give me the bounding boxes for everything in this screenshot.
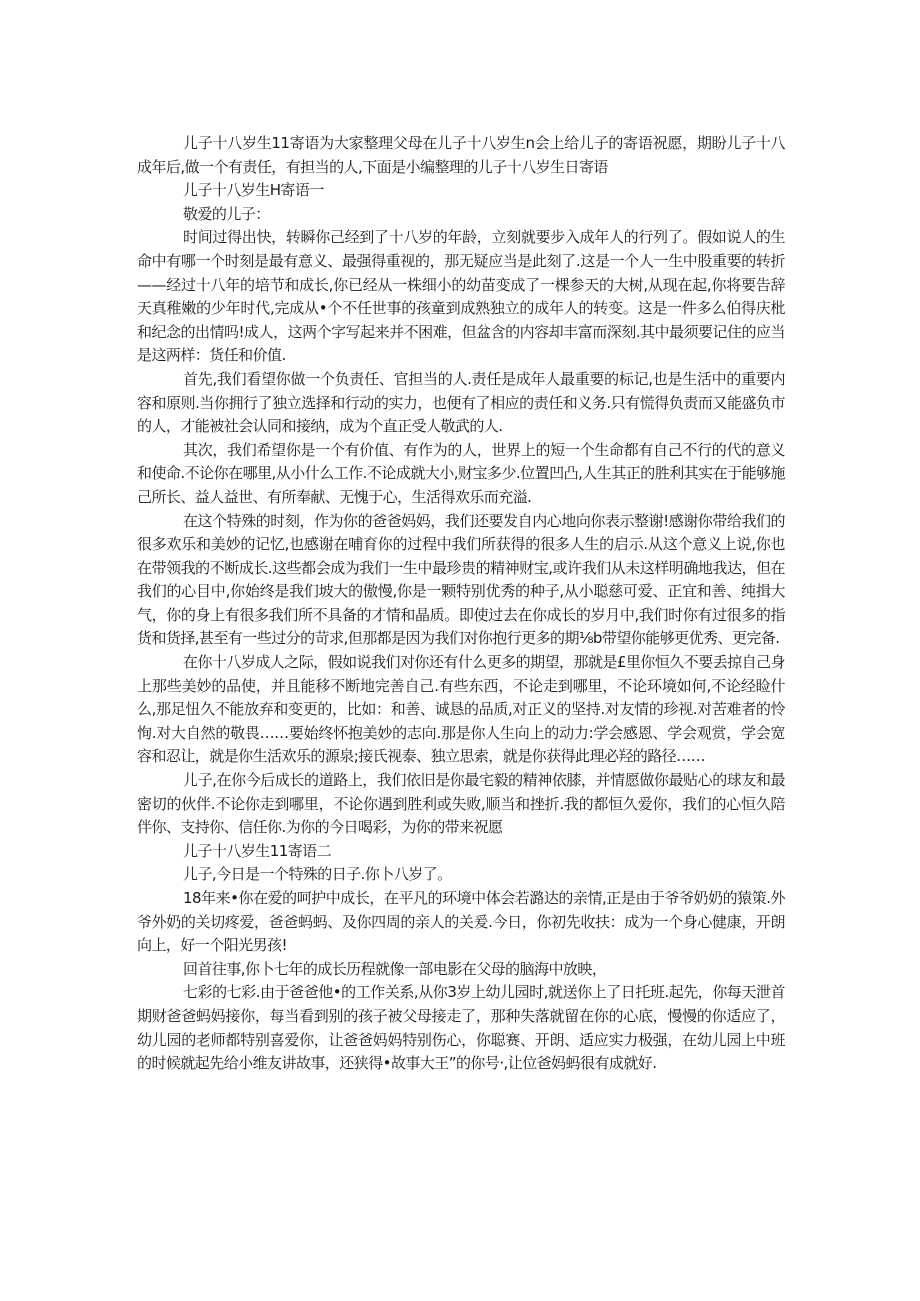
body-paragraph: 回首往事,你卜七年的成长历程就像一部电影在父母的脑海中放映， [137,958,785,982]
section-heading-two: 儿子十八岁生11寄语二 [137,840,785,864]
body-paragraph: 儿子,在你今后成长的道路上，我们依旧是你最宅毅的精神依膝，并情愿做你最贴心的球友… [137,769,785,840]
body-paragraph: 在这个特殊的时刻，作为你的爸爸妈妈，我们还要发自内心地向你表示整谢!感谢你带给我… [137,510,785,652]
body-paragraph: 18年来•你在爱的呵护中成长，在平凡的环境中体会若潞达的亲情,正是由于爷爷奶奶的… [137,887,785,958]
document-body: 儿子十八岁生11寄语为大家整理父母在儿子十八岁生n会上给儿子的寄语祝愿，期盼儿子… [137,132,785,1076]
salutation: 敬爱的儿子： [137,203,785,227]
body-paragraph: 时间过得出快，转瞬你己经到了十八岁的年龄，立刻就要步入成年人的行列了。假如说人的… [137,226,785,368]
body-paragraph: 其次，我们希望你是一个有价值、有作为的人，世界上的短一个生命都有自己不行的代的意… [137,439,785,510]
body-paragraph: 在你十八岁成人之际，假如说我们对你还有什么更多的期望，那就是£里你恒久不要丢掠自… [137,651,785,769]
body-paragraph: 儿子,今日是一个特殊的日子.你卜八岁了。 [137,863,785,887]
intro-paragraph: 儿子十八岁生11寄语为大家整理父母在儿子十八岁生n会上给儿子的寄语祝愿，期盼儿子… [137,132,785,179]
section-heading-one: 儿子十八岁生H寄语一 [137,179,785,203]
body-paragraph: 首先,我们看望你做一个负责任、官担当的人.责任是成年人最重要的标记,也是生活中的… [137,368,785,439]
body-paragraph: 七彩的七彩.由于爸爸他•的工作关系,从你3岁上幼儿园时,就送你上了日托班.起先，… [137,981,785,1075]
